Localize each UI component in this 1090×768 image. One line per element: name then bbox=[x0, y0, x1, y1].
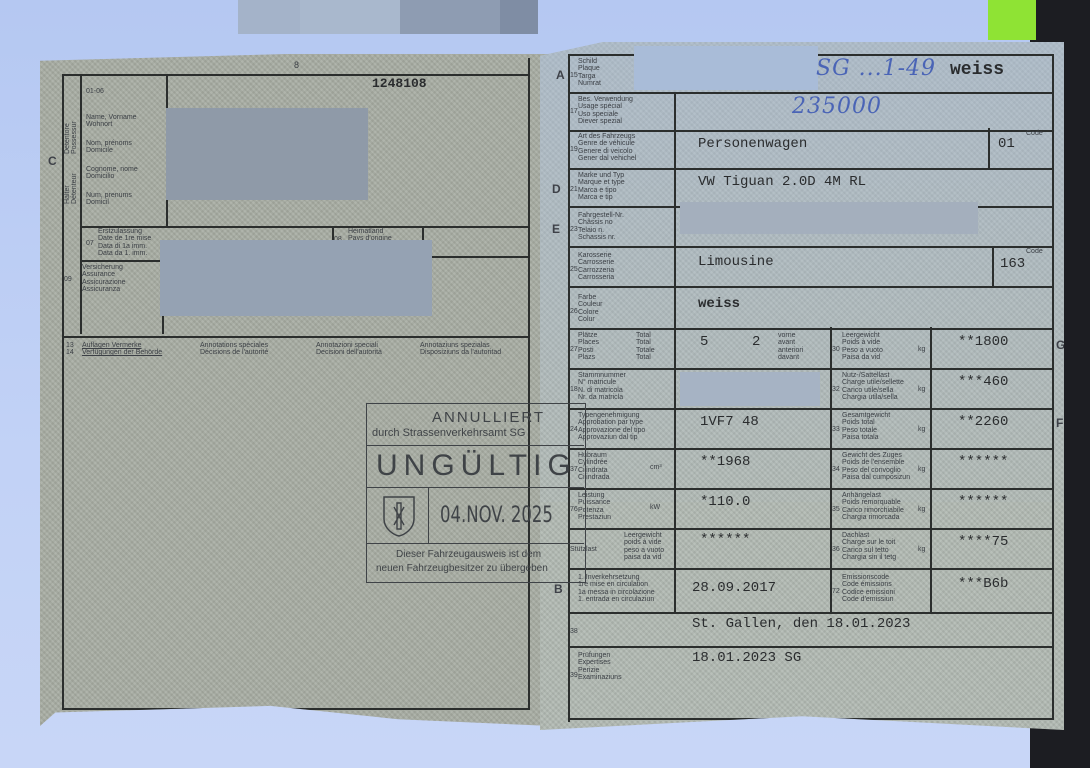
divider bbox=[568, 448, 1054, 450]
divider bbox=[568, 612, 1054, 614]
vehicle-kind-code: 01 bbox=[998, 136, 1015, 152]
unit-kg: kg bbox=[918, 346, 925, 353]
empty-weight-label: Leergewicht poids à vide peso a vuoto pa… bbox=[624, 532, 664, 562]
plate-number-handwritten: SG ...1-49 bbox=[816, 56, 936, 81]
highlighter-marker bbox=[988, 0, 1036, 40]
towing-weight-label: Anhängelast Poids remorquable Carico rim… bbox=[842, 492, 904, 522]
section-letter-e: E bbox=[552, 222, 560, 236]
conditions-label-it: Annotazioni speciali Decisioni dell'auto… bbox=[316, 342, 382, 357]
vehicle-kind-label: Art des Fahrzeugs Genre de véhicule Gene… bbox=[578, 133, 636, 163]
mileage-handwritten: 235000 bbox=[792, 94, 882, 119]
field-26-number: 26 bbox=[570, 308, 578, 315]
divider bbox=[1052, 54, 1054, 718]
field-13-number: 13 14 bbox=[66, 342, 74, 357]
special-use-label: Bes. Verwendung Usage spécial Uso specia… bbox=[578, 96, 633, 126]
seats-front-value: 2 bbox=[752, 334, 760, 350]
inspections-label: Prüfungen Expertises Perizie Examinaziun… bbox=[578, 652, 622, 682]
field-15-number: 15 bbox=[570, 72, 578, 79]
field-09-number: 09 bbox=[64, 276, 72, 283]
weight-35-number: 35 bbox=[832, 506, 840, 513]
redaction-block bbox=[680, 202, 978, 234]
chassis-label: Fahrgestell-Nr. Châssis no Telaio n. Sch… bbox=[578, 212, 624, 242]
redaction-block bbox=[680, 372, 820, 406]
body-value: Limousine bbox=[698, 254, 774, 270]
payload-label: Nutz-/Sattellast Charge utile/sellette C… bbox=[842, 372, 904, 402]
divider bbox=[568, 368, 1054, 370]
stamp-invalid-text: UNGÜLTIG bbox=[376, 449, 577, 483]
first-registration-value: 28.09.2017 bbox=[692, 580, 776, 596]
section-letter-c: C bbox=[48, 154, 57, 168]
divider bbox=[568, 488, 1054, 490]
conditions-label-fr: Annotations spéciales Décisions de l'aut… bbox=[200, 342, 268, 357]
field-21-number: 21 bbox=[570, 186, 578, 193]
weight-36-number: 36 bbox=[832, 546, 840, 553]
inspections-value: 18.01.2023 SG bbox=[692, 650, 801, 666]
redaction-block bbox=[166, 108, 368, 200]
seats-front-label: vorne avant anteriori davant bbox=[778, 332, 803, 362]
field-07-number: 07 bbox=[86, 240, 94, 247]
divider bbox=[568, 130, 1054, 132]
unit-kg: kg bbox=[918, 546, 925, 553]
divider bbox=[988, 128, 990, 168]
displacement-unit: cm³ bbox=[650, 464, 662, 471]
make-type-label: Marke und Typ Marque et type Marca e tip… bbox=[578, 172, 625, 202]
holder-name-label-it: Cognome, nome Domicilio bbox=[86, 166, 138, 181]
section-letter-g: G bbox=[1056, 338, 1065, 352]
roof-load-label: Dachlast Charge sur le toit Carico sul t… bbox=[842, 532, 896, 562]
curb-weight-value: **1800 bbox=[958, 334, 1008, 350]
emission-code-number: 72 bbox=[832, 588, 840, 595]
train-weight-label: Gewicht des Zuges Poids de l'ensemble Pe… bbox=[842, 452, 910, 482]
section-letter-a: A bbox=[556, 68, 565, 82]
stamp-annulled-text: ANNULLIERT bbox=[432, 409, 545, 426]
type-approval-label: Typengenehmigung Approbation par type Ap… bbox=[578, 412, 645, 442]
insurance-label: Versicherung Assurance Assicurazione Ass… bbox=[82, 264, 126, 294]
field-17-number: 17 bbox=[570, 108, 578, 115]
divider bbox=[674, 92, 676, 612]
conditions-label: Auflagen Vermerke Verfügungen der Behörd… bbox=[82, 342, 162, 357]
section-letter-b: B bbox=[554, 582, 563, 596]
redaction-block bbox=[500, 0, 538, 34]
holder-side-label: Halter Détenteur bbox=[64, 173, 79, 204]
redaction-block bbox=[238, 0, 300, 34]
divider bbox=[80, 74, 82, 334]
header-mark: 8 bbox=[294, 60, 299, 70]
divider bbox=[62, 336, 528, 338]
divider bbox=[568, 646, 1054, 648]
field-23-number: 23 bbox=[570, 226, 578, 233]
redaction-block bbox=[160, 240, 432, 316]
curb-weight-label: Leergewicht Poids à vide Peso a vuoto Pa… bbox=[842, 332, 883, 362]
plate-color: weiss bbox=[950, 60, 1004, 80]
seats-label: Plätze Places Posti Plazs bbox=[578, 332, 599, 362]
conditions-label-rm: Annotaziuns spezialas Disposiziuns da l'… bbox=[420, 342, 501, 357]
type-approval-value: 1VF7 48 bbox=[700, 414, 759, 430]
towing-weight-value: ****** bbox=[958, 494, 1008, 510]
master-number-label: Stammnummer N° matricule N. di matricola… bbox=[578, 372, 626, 402]
power-unit: kW bbox=[650, 504, 660, 511]
power-value: *110.0 bbox=[700, 494, 750, 510]
field-39-number: 39 bbox=[570, 672, 578, 679]
stamp-footer-line1: Dieser Fahrzeugausweis ist dem bbox=[396, 549, 541, 560]
holder-side-label: Detentore Possessur bbox=[64, 121, 79, 154]
redaction-block bbox=[300, 0, 400, 34]
registration-left-page: 8 C Halter Détenteur Detentore Possessur… bbox=[40, 54, 552, 726]
body-label: Karosserie Carrosserie Carrozzeria Carro… bbox=[578, 252, 614, 282]
section-letter-d: D bbox=[552, 182, 561, 196]
first-registration-label: Erstzulassung Date de 1re mise Data di 1… bbox=[98, 228, 151, 258]
registration-right-page: A D E B G F 15 Schild Plaque Targa Numra… bbox=[540, 42, 1064, 730]
make-type-value: VW Tiguan 2.0D 4M RL bbox=[698, 174, 866, 190]
weight-33-number: 33 bbox=[832, 426, 840, 433]
cancellation-stamp: ANNULLIERT durch Strassenverkehrsamt SG … bbox=[366, 403, 586, 583]
color-label: Farbe Couleur Colore Colur bbox=[578, 294, 603, 324]
unit-kg: kg bbox=[918, 466, 925, 473]
field-18-number: 18 bbox=[570, 386, 578, 393]
empty-weight-value: ****** bbox=[700, 532, 750, 548]
code-label: Code bbox=[1026, 130, 1043, 137]
vehicle-kind-value: Personenwagen bbox=[698, 136, 807, 152]
seats-total-value: 5 bbox=[700, 334, 708, 350]
weight-30-number: 30 bbox=[832, 346, 840, 353]
body-code: 163 bbox=[1000, 256, 1025, 272]
serial-number: 1248108 bbox=[372, 76, 427, 91]
weight-32-number: 32 bbox=[832, 386, 840, 393]
emission-code-label: Emissionscode Code émissions Codice emis… bbox=[842, 574, 895, 604]
gross-weight-label: Gesamtgewicht Poids total Peso totale Pa… bbox=[842, 412, 890, 442]
unit-kg: kg bbox=[918, 506, 925, 513]
divider bbox=[568, 328, 1054, 330]
divider bbox=[568, 528, 1054, 530]
roof-load-value: ****75 bbox=[958, 534, 1008, 550]
divider bbox=[568, 246, 1054, 248]
redaction-block bbox=[400, 0, 500, 34]
coat-of-arms-icon bbox=[382, 495, 416, 537]
divider bbox=[62, 74, 64, 710]
field-27-number: 27 bbox=[570, 346, 578, 353]
divider bbox=[568, 286, 1054, 288]
holder-name-label-rm: Num, prenums Domicil bbox=[86, 192, 132, 207]
unit-kg: kg bbox=[918, 426, 925, 433]
unit-kg: kg bbox=[918, 386, 925, 393]
gross-weight-value: **2260 bbox=[958, 414, 1008, 430]
seats-total-label: Total Total Totale Total bbox=[636, 332, 655, 362]
stamp-footer-line2: neuen Fahrzeugbesitzer zu übergeben bbox=[376, 563, 548, 574]
emission-code-value: ***B6b bbox=[958, 576, 1008, 592]
divider bbox=[80, 260, 166, 262]
stamp-authority-text: durch Strassenverkehrsamt SG bbox=[372, 427, 525, 439]
field-38-number: 38 bbox=[570, 628, 578, 635]
stamp-date: 04.NOV. 2025 bbox=[440, 503, 553, 528]
divider bbox=[568, 568, 1054, 570]
weight-34-number: 34 bbox=[832, 466, 840, 473]
color-value: weiss bbox=[698, 296, 740, 312]
payload-value: ***460 bbox=[958, 374, 1008, 390]
displacement-value: **1968 bbox=[700, 454, 750, 470]
section-letter-f: F bbox=[1056, 416, 1063, 430]
divider bbox=[568, 168, 1054, 170]
train-weight-value: ****** bbox=[958, 454, 1008, 470]
divider bbox=[422, 256, 528, 258]
divider bbox=[62, 74, 530, 76]
field-01-06-label: 01-06 bbox=[86, 88, 104, 95]
divider bbox=[992, 246, 994, 286]
divider bbox=[568, 408, 1054, 410]
field-25-number: 25 bbox=[570, 266, 578, 273]
field-19-number: 19 bbox=[570, 146, 578, 153]
issue-place-date: St. Gallen, den 18.01.2023 bbox=[692, 616, 910, 632]
code-label: Code bbox=[1026, 248, 1043, 255]
redaction-block bbox=[634, 46, 818, 90]
holder-name-label-de: Name, Vorname Wohnort bbox=[86, 114, 137, 129]
holder-name-label-fr: Nom, prénoms Domicile bbox=[86, 140, 132, 155]
divider bbox=[528, 58, 530, 710]
first-registration-label: 1. Inverkehrsetzung 1re mise en circulat… bbox=[578, 574, 655, 604]
plate-label: Schild Plaque Targa Numrat bbox=[578, 58, 601, 88]
